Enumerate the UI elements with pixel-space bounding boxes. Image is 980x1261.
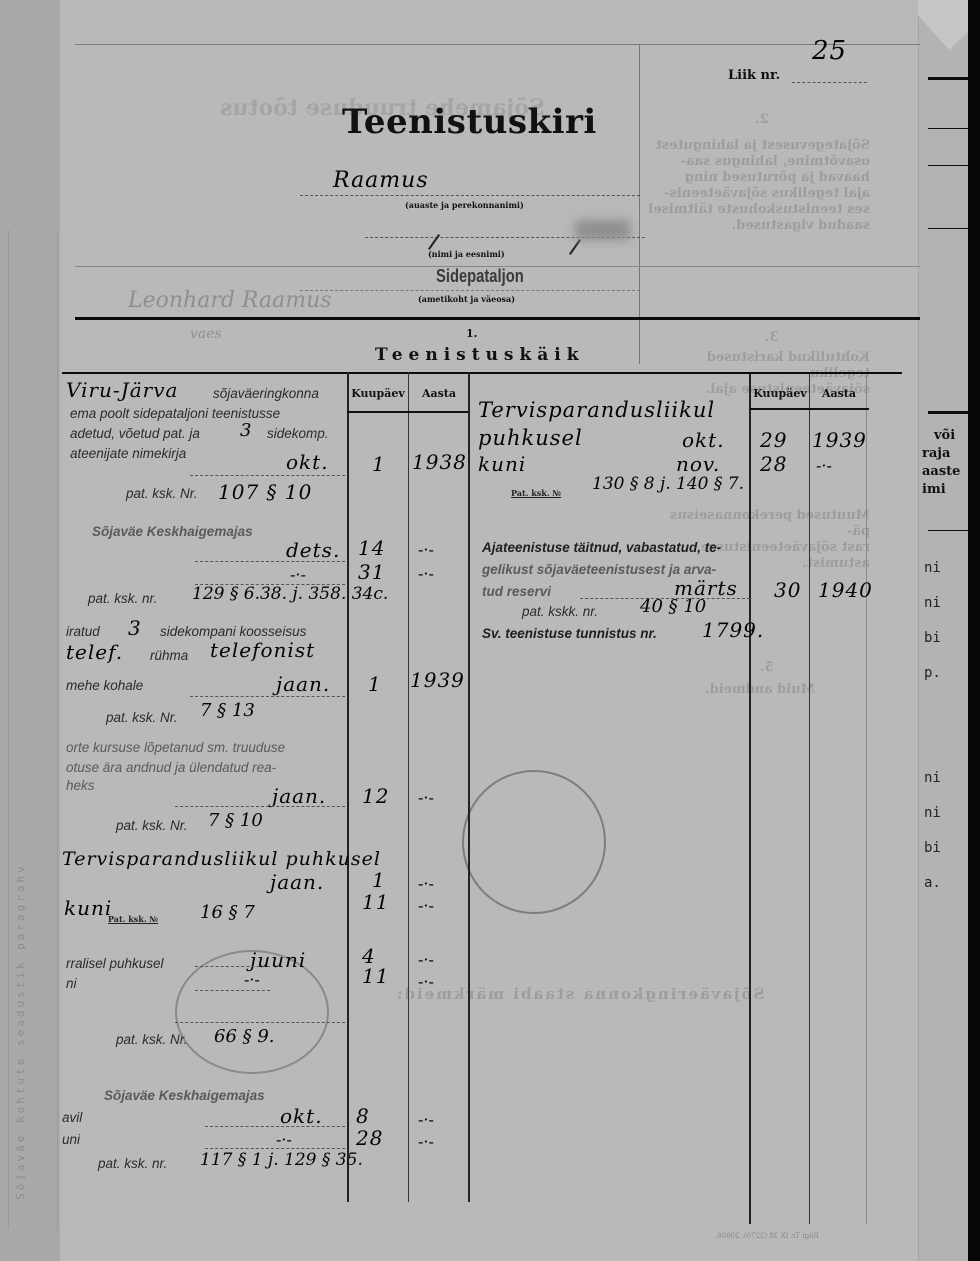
order-value: 40 § 10 bbox=[640, 596, 706, 617]
entry-line: avil bbox=[62, 1110, 82, 1125]
ghost-section-number: 2. bbox=[755, 112, 769, 128]
company-number: 3 bbox=[128, 616, 142, 640]
entry-field-line bbox=[195, 966, 270, 967]
ghost-section-5: 5. bbox=[760, 660, 774, 676]
entry-month: -·- bbox=[290, 565, 306, 584]
entry-day: 14 bbox=[358, 536, 385, 560]
entry-line-end: sidekompani koosseisus bbox=[160, 624, 306, 639]
entry-day: 11 bbox=[362, 890, 389, 914]
entry-month: dets. bbox=[286, 538, 340, 562]
surname-handwritten: Raamus bbox=[333, 168, 429, 193]
entry-year: -·- bbox=[418, 950, 434, 969]
order-label: Pat. ksk. № bbox=[511, 488, 561, 498]
entry-day: 11 bbox=[362, 964, 389, 988]
entry-day: 12 bbox=[362, 784, 389, 808]
ghost-stamp-notes: Sõjaväeringkonna staabi märkmeid: bbox=[395, 986, 764, 1002]
unit-field-line bbox=[300, 290, 640, 291]
margin-rule bbox=[928, 411, 968, 414]
top-rule bbox=[75, 44, 920, 45]
margin-typed-line: p. bbox=[924, 665, 941, 681]
entry-year: 1938 bbox=[412, 450, 467, 474]
order-label: pat. ksk. Nr. bbox=[106, 710, 178, 725]
ghost-signature: Leonhard Raamus bbox=[128, 288, 332, 313]
entry-month: okt. bbox=[682, 428, 725, 452]
position-handwritten: telefonist bbox=[210, 638, 315, 662]
entry-line: uni bbox=[62, 1132, 80, 1147]
entry-year: -·- bbox=[418, 874, 434, 893]
margin-typed-line: a. bbox=[924, 875, 941, 891]
hospital-label: Sõjaväe Keskhaigemajas bbox=[92, 524, 253, 539]
order-value: 107 § 10 bbox=[218, 480, 312, 504]
order-value: 129 § 6.38. j. 358. 34c. bbox=[192, 584, 388, 604]
entry-line-3: ateenijate nimekirja bbox=[70, 446, 186, 461]
entry-day: 8 bbox=[356, 1104, 370, 1128]
order-label: pat. ksk. Nr. bbox=[116, 1032, 188, 1047]
right-day-header: Kuupäev bbox=[751, 387, 809, 400]
right-year-header: Aasta bbox=[811, 387, 867, 400]
order-value: 7 § 10 bbox=[208, 810, 263, 831]
right-year-right-divider bbox=[866, 374, 867, 1224]
order-value: 117 § 1 j. 129 § 35. bbox=[200, 1150, 363, 1170]
surname-caption: (auaste ja perekonnanimi) bbox=[405, 200, 524, 210]
header-divider bbox=[639, 44, 640, 364]
document-title: Teenistuskiri bbox=[342, 102, 597, 142]
entry-field-line bbox=[190, 475, 345, 476]
entry-line: iratud bbox=[66, 624, 100, 639]
until-handwritten: kuni bbox=[64, 896, 112, 920]
margin-rule bbox=[928, 77, 968, 80]
certificate-label: Sv. teenistuse tunnistus nr. bbox=[482, 626, 657, 641]
margin-rule bbox=[928, 530, 968, 531]
entry-field-line bbox=[190, 696, 345, 697]
entry-field-line bbox=[205, 1126, 345, 1127]
order-label: pat. ksk. Nr. bbox=[126, 486, 198, 501]
entry-line: ni bbox=[66, 976, 77, 991]
entry-line-2-end: sidekomp. bbox=[267, 426, 329, 441]
margin-rule bbox=[928, 228, 968, 229]
platoon-handwritten: telef. bbox=[66, 640, 123, 664]
company-number: 3 bbox=[240, 420, 251, 441]
right-header-underline bbox=[749, 408, 869, 410]
entry-day: 30 bbox=[774, 578, 801, 602]
order-label: pat. ksk. nr. bbox=[88, 591, 157, 606]
margin-printed-line: raja bbox=[922, 446, 950, 461]
liik-field-line bbox=[792, 82, 867, 83]
platoon-label: rühma bbox=[150, 648, 188, 663]
margin-typed-line: bi bbox=[924, 630, 941, 646]
order-label: Pat. ksk. № bbox=[108, 914, 158, 924]
right-col-divider bbox=[749, 374, 751, 1224]
order-value: 16 § 7 bbox=[200, 902, 255, 923]
entry-day: 28 bbox=[760, 452, 787, 476]
entry-month: jaan. bbox=[276, 672, 330, 696]
left-col-divider bbox=[347, 372, 349, 1202]
entry-line: otuse ära andnud ja ülendatud rea- bbox=[66, 760, 276, 775]
margin-rule bbox=[928, 165, 968, 166]
entry-month: jaan. bbox=[270, 870, 324, 894]
leave-handwritten: Tervisparandusliikul puhkusel bbox=[62, 848, 381, 870]
entry-year: -·- bbox=[418, 564, 434, 583]
ghost-footer-print: Riigi Tr. IX 38 (2270). 20000. bbox=[715, 1232, 819, 1240]
left-year-header: Aasta bbox=[410, 387, 468, 400]
until-handwritten: kuni bbox=[478, 452, 526, 476]
margin-typed-line: bi bbox=[924, 840, 941, 856]
entry-month: okt. bbox=[286, 450, 329, 474]
entry-year: -·- bbox=[418, 972, 434, 991]
entry-day: 31 bbox=[358, 560, 385, 584]
right-day-year-divider bbox=[809, 374, 810, 1224]
ghost-paragraph: Sõjategevusest ja lahingutest osavõtmine… bbox=[645, 138, 870, 234]
entry-day: 1 bbox=[368, 672, 382, 696]
margin-rule bbox=[928, 128, 968, 129]
reserve-line-3: tud reservi bbox=[482, 584, 551, 599]
entry-month: -·- bbox=[276, 1130, 292, 1149]
margin-printed-line: või bbox=[934, 428, 955, 443]
reserve-line-2: gelikust sõjaväeteenistusest ja arva- bbox=[482, 562, 716, 577]
entry-year: -·- bbox=[418, 1132, 434, 1151]
section-title: Teenistuskäik bbox=[375, 345, 585, 365]
margin-printed-line: imi bbox=[922, 482, 946, 497]
entry-line: mehe kohale bbox=[66, 678, 143, 693]
liik-number: 25 bbox=[812, 36, 847, 66]
entry-field-line bbox=[175, 806, 345, 807]
district-printed: sõjaväeringkonna bbox=[213, 386, 319, 401]
entry-year: -·- bbox=[418, 540, 434, 559]
entry-month: nov. bbox=[676, 452, 720, 476]
entry-line: orte kursuse lõpetanud sm. truuduse bbox=[66, 740, 285, 755]
order-value: 66 § 9. bbox=[214, 1026, 275, 1047]
entry-day: 1 bbox=[372, 452, 386, 476]
entry-day: 29 bbox=[760, 428, 787, 452]
order-value: 7 § 13 bbox=[200, 700, 255, 721]
battalion-round-stamp bbox=[462, 770, 606, 914]
unit-stamp: Sidepataljon bbox=[436, 266, 524, 287]
reserve-line-1: Ajateenistuse täitnud, vabastatud, te- bbox=[482, 540, 721, 555]
margin-typed-line: ni bbox=[924, 805, 941, 821]
order-label: pat. kskk. nr. bbox=[522, 604, 598, 619]
entry-year: 1940 bbox=[818, 578, 873, 602]
entry-day: 1 bbox=[372, 868, 386, 892]
margin-printed-line: aaste bbox=[922, 464, 960, 479]
entry-field-line bbox=[195, 561, 345, 562]
entry-field-line bbox=[175, 1022, 345, 1023]
entry-line-2: adetud, võetud pat. ja bbox=[70, 426, 200, 441]
entry-line: heks bbox=[66, 778, 95, 793]
ghost-section-3: 3. bbox=[765, 330, 779, 346]
table-top-rule bbox=[62, 372, 902, 374]
hospital-label: Sõjaväe Keskhaigemajas bbox=[104, 1088, 265, 1103]
district-handwritten: Viru-Järva bbox=[66, 378, 178, 402]
margin-typed-line: ni bbox=[924, 770, 941, 786]
left-day-year-divider bbox=[408, 372, 409, 1202]
entry-day: 28 bbox=[356, 1126, 383, 1150]
ghost-muid-andmeid: Muid andmeid. bbox=[705, 682, 815, 698]
entry-year: -·- bbox=[816, 456, 832, 475]
leave-handwritten-2: puhkusel bbox=[478, 426, 583, 450]
left-header-underline bbox=[347, 411, 468, 413]
entry-year: -·- bbox=[418, 1110, 434, 1129]
leave-handwritten: Tervisparandusliikul bbox=[478, 398, 715, 422]
certificate-number: 1799. bbox=[702, 618, 764, 642]
section-number: 1. bbox=[466, 327, 477, 340]
ghost-signature-sub: vaes bbox=[190, 326, 222, 342]
entry-field-line bbox=[205, 1148, 345, 1149]
margin-typed-line: ni bbox=[924, 595, 941, 611]
name-caption: (nimi ja eesnimi) bbox=[428, 249, 505, 259]
section-rule-thick bbox=[75, 317, 920, 320]
left-bleed-through-text: Sõjaväe kohtute seadustik paragrahv bbox=[14, 300, 44, 1200]
scan-border bbox=[968, 0, 980, 1261]
entry-field-line bbox=[195, 990, 270, 991]
entry-year: -·- bbox=[418, 896, 434, 915]
surname-field-line bbox=[300, 195, 640, 196]
left-year-right-divider bbox=[468, 372, 470, 1202]
entry-year: 1939 bbox=[812, 428, 867, 452]
entry-year: 1939 bbox=[410, 668, 465, 692]
margin-typed-line: ni bbox=[924, 560, 941, 576]
redacted-blur bbox=[575, 220, 630, 240]
liik-label: Liik nr. bbox=[728, 68, 780, 83]
left-day-header: Kuupäev bbox=[349, 387, 407, 400]
order-label: pat. ksk. Nr. bbox=[116, 818, 188, 833]
entry-month: -·- bbox=[244, 970, 260, 989]
entry-month: jaan. bbox=[272, 784, 326, 808]
entry-month: juuni bbox=[250, 948, 306, 972]
entry-line: rralisel puhkusel bbox=[66, 956, 164, 971]
entry-year: -·- bbox=[418, 788, 434, 807]
order-value: 130 § 8 j. 140 § 7. bbox=[592, 474, 744, 494]
order-label: pat. ksk. nr. bbox=[98, 1156, 167, 1171]
entry-line-1: ema poolt sidepataljoni teenistusse bbox=[70, 406, 280, 421]
unit-caption: (ametikoht ja väeosa) bbox=[418, 294, 515, 304]
entry-month: okt. bbox=[280, 1104, 323, 1128]
